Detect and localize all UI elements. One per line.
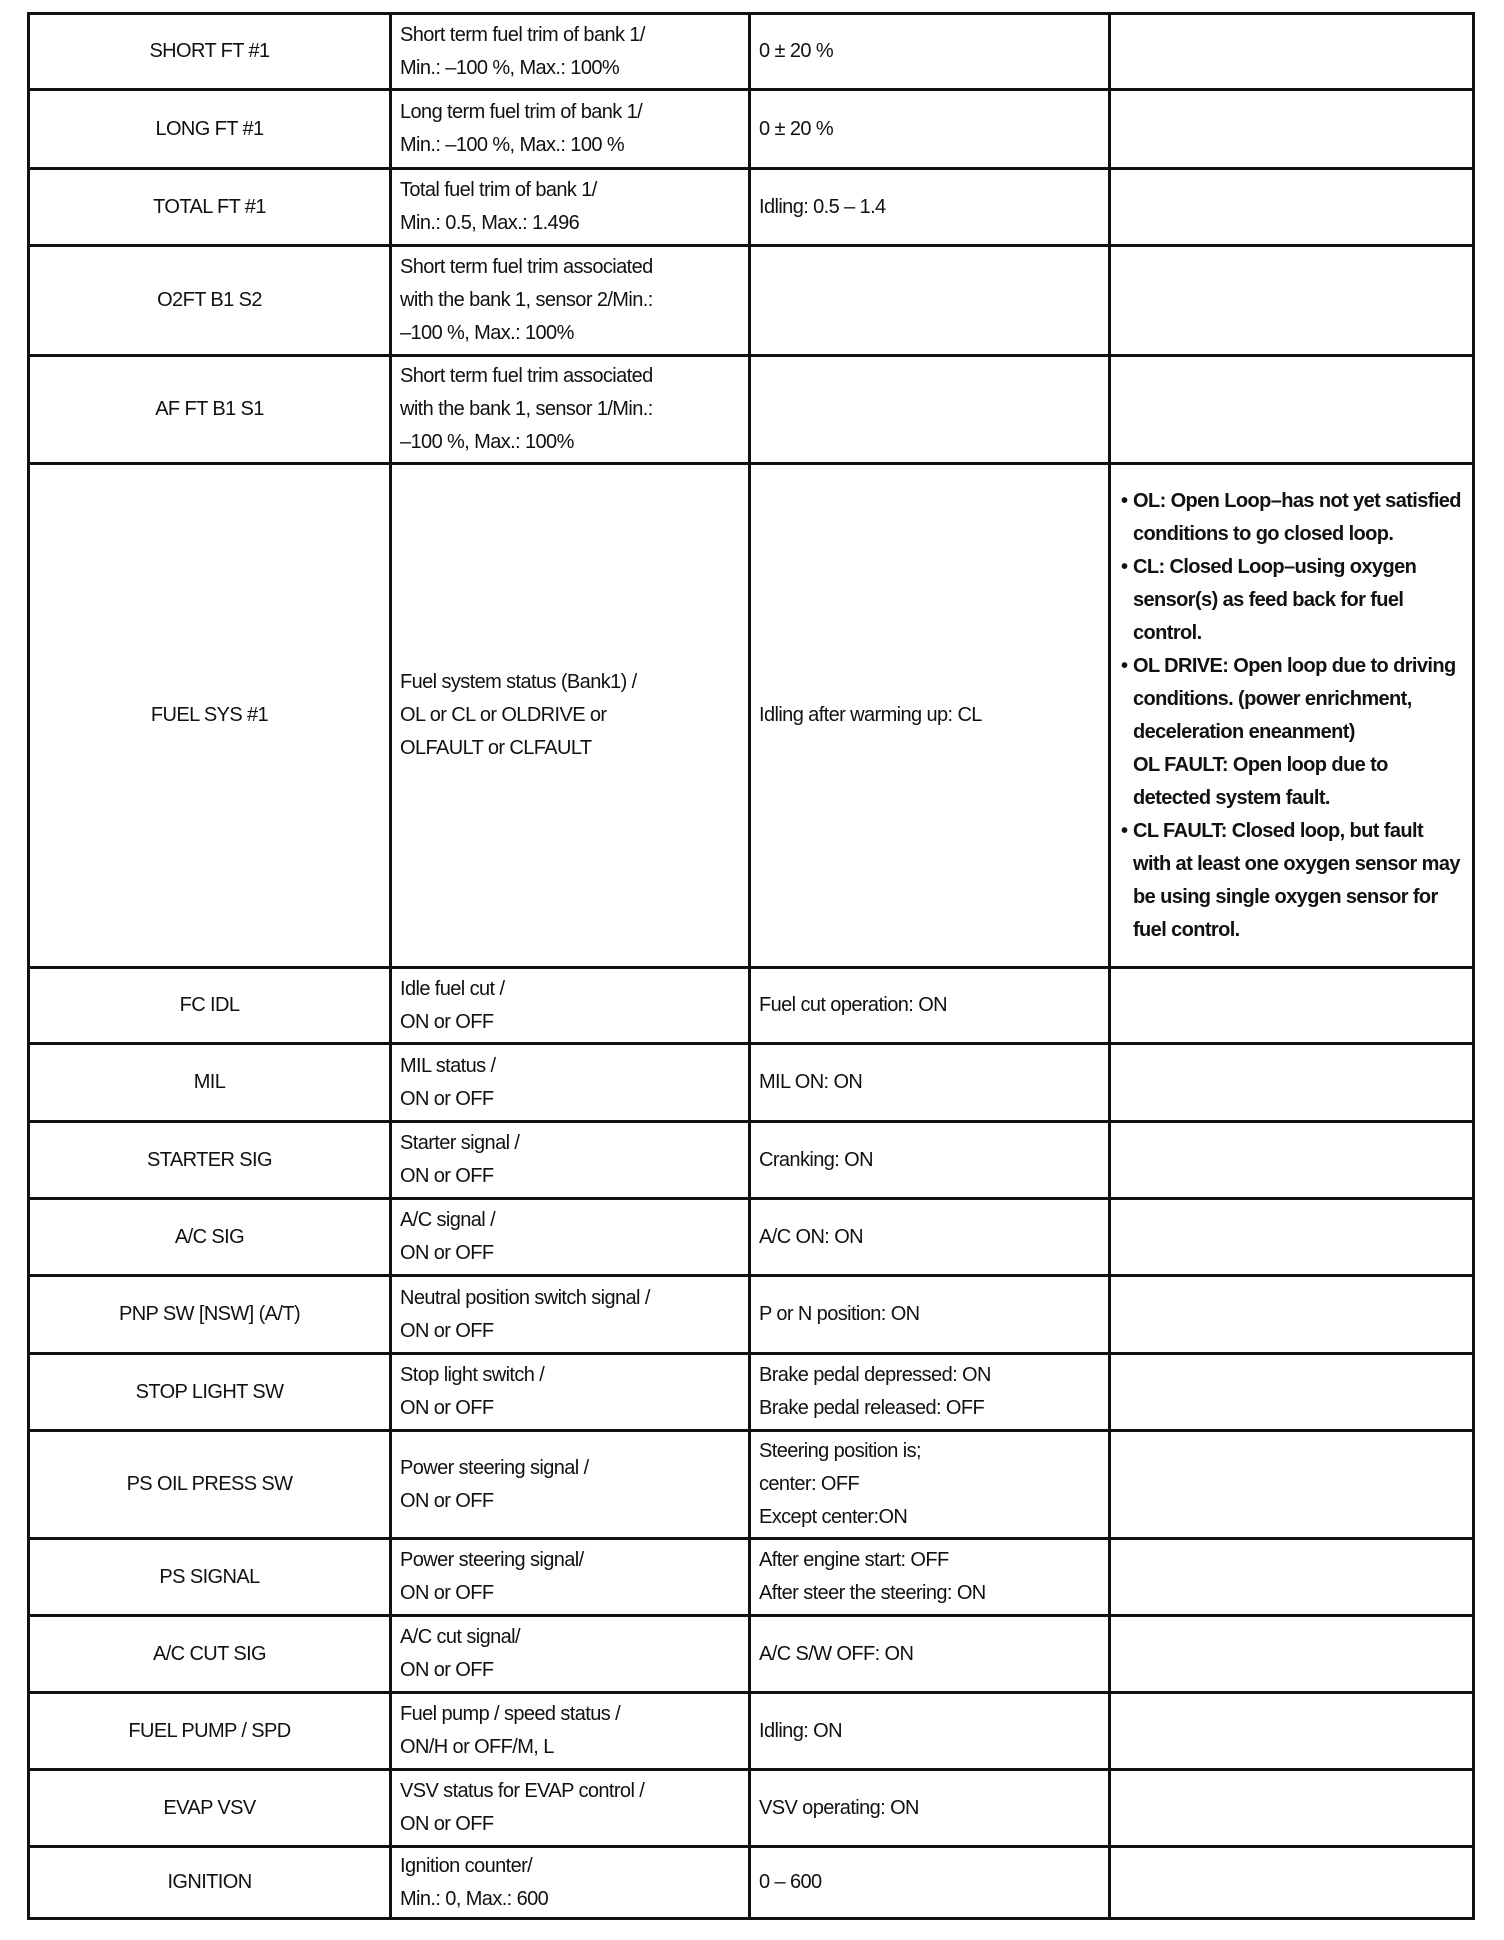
note-item: •CL: Closed Loop–using oxygen sensor(s) … <box>1119 551 1464 650</box>
item-cell: STARTER SIG <box>29 1122 391 1199</box>
measurement-cell-line: ON/H or OFF/M, L <box>400 1731 740 1764</box>
bullet-icon: • <box>1121 485 1133 518</box>
normal-condition-cell-line: MIL ON: ON <box>759 1066 1100 1099</box>
normal-condition-cell-line: 0 – 600 <box>759 1866 1100 1899</box>
diagnostic-note-cell <box>1110 1199 1474 1276</box>
measurement-cell-line: Short term fuel trim of bank 1/ <box>400 19 740 52</box>
diagnostic-note-cell <box>1110 1539 1474 1616</box>
normal-condition-cell-line: Brake pedal depressed: ON <box>759 1359 1100 1392</box>
bullet-icon: • <box>1121 551 1133 584</box>
note-item: OL FAULT: Open loop due to detected syst… <box>1119 749 1464 815</box>
normal-condition-cell-line: Except center:ON <box>759 1501 1100 1534</box>
table-body: SHORT FT #1Short term fuel trim of bank … <box>29 14 1474 1919</box>
diagnostic-note-cell <box>1110 90 1474 169</box>
diagnostic-data-table: SHORT FT #1Short term fuel trim of bank … <box>27 12 1475 1920</box>
item-cell: LONG FT #1 <box>29 90 391 169</box>
note-text: OL DRIVE: Open loop due to driving condi… <box>1133 655 1456 743</box>
measurement-cell-line: A/C signal / <box>400 1204 740 1237</box>
item-cell: PS SIGNAL <box>29 1539 391 1616</box>
measurement-cell: Stop light switch /ON or OFF <box>391 1354 750 1431</box>
normal-condition-cell-line: Fuel cut operation: ON <box>759 989 1100 1022</box>
measurement-cell-line: –100 %, Max.: 100% <box>400 426 740 459</box>
diagnostic-note-cell <box>1110 968 1474 1044</box>
measurement-cell-line: Min.: –100 %, Max.: 100% <box>400 52 740 85</box>
measurement-cell-line: Long term fuel trim of bank 1/ <box>400 96 740 129</box>
measurement-cell: A/C signal /ON or OFF <box>391 1199 750 1276</box>
table-row: PNP SW [NSW] (A/T)Neutral position switc… <box>29 1276 1474 1354</box>
measurement-cell-line: Power steering signal/ <box>400 1544 740 1577</box>
normal-condition-cell: MIL ON: ON <box>750 1044 1110 1122</box>
table-row: STARTER SIGStarter signal /ON or OFFCran… <box>29 1122 1474 1199</box>
normal-condition-cell-line: A/C S/W OFF: ON <box>759 1638 1100 1671</box>
measurement-cell-line: Min.: 0.5, Max.: 1.496 <box>400 207 740 240</box>
table-row: AF FT B1 S1Short term fuel trim associat… <box>29 356 1474 464</box>
measurement-cell: Long term fuel trim of bank 1/Min.: –100… <box>391 90 750 169</box>
measurement-cell-line: ON or OFF <box>400 1485 740 1518</box>
normal-condition-cell: VSV operating: ON <box>750 1770 1110 1847</box>
note-item: •CL FAULT: Closed loop, but fault with a… <box>1119 815 1464 947</box>
measurement-cell-line: with the bank 1, sensor 1/Min.: <box>400 393 740 426</box>
normal-condition-cell: Fuel cut operation: ON <box>750 968 1110 1044</box>
item-cell: O2FT B1 S2 <box>29 246 391 356</box>
normal-condition-cell: Idling: ON <box>750 1693 1110 1770</box>
measurement-cell-line: ON or OFF <box>400 1083 740 1116</box>
table-row: FUEL SYS #1Fuel system status (Bank1) /O… <box>29 464 1474 968</box>
normal-condition-cell <box>750 356 1110 464</box>
item-cell: PS OIL PRESS SW <box>29 1431 391 1539</box>
measurement-cell-line: ON or OFF <box>400 1160 740 1193</box>
measurement-cell: Starter signal /ON or OFF <box>391 1122 750 1199</box>
measurement-cell: Ignition counter/Min.: 0, Max.: 600 <box>391 1847 750 1919</box>
table-row: O2FT B1 S2Short term fuel trim associate… <box>29 246 1474 356</box>
measurement-cell-line: Fuel pump / speed status / <box>400 1698 740 1731</box>
measurement-cell-line: ON or OFF <box>400 1315 740 1348</box>
normal-condition-cell-line: Brake pedal released: OFF <box>759 1392 1100 1425</box>
item-cell: FUEL PUMP / SPD <box>29 1693 391 1770</box>
measurement-cell: Power steering signal /ON or OFF <box>391 1431 750 1539</box>
normal-condition-cell: Idling after warming up: CL <box>750 464 1110 968</box>
measurement-cell-line: ON or OFF <box>400 1237 740 1270</box>
measurement-cell-line: Short term fuel trim associated <box>400 251 740 284</box>
normal-condition-cell: P or N position: ON <box>750 1276 1110 1354</box>
measurement-cell-line: Ignition counter/ <box>400 1850 740 1883</box>
normal-condition-cell: A/C ON: ON <box>750 1199 1110 1276</box>
note-text: OL FAULT: Open loop due to detected syst… <box>1133 754 1388 809</box>
measurement-cell-line: OLFAULT or CLFAULT <box>400 732 740 765</box>
measurement-cell-line: Neutral position switch signal / <box>400 1282 740 1315</box>
normal-condition-cell: Brake pedal depressed: ONBrake pedal rel… <box>750 1354 1110 1431</box>
normal-condition-cell <box>750 246 1110 356</box>
normal-condition-cell: Cranking: ON <box>750 1122 1110 1199</box>
measurement-cell: Power steering signal/ON or OFF <box>391 1539 750 1616</box>
item-cell: STOP LIGHT SW <box>29 1354 391 1431</box>
measurement-cell: Short term fuel trim of bank 1/Min.: –10… <box>391 14 750 90</box>
measurement-cell: VSV status for EVAP control /ON or OFF <box>391 1770 750 1847</box>
item-cell: TOTAL FT #1 <box>29 169 391 246</box>
normal-condition-cell-line: After steer the steering: ON <box>759 1577 1100 1610</box>
item-cell: IGNITION <box>29 1847 391 1919</box>
measurement-cell-line: MIL status / <box>400 1050 740 1083</box>
measurement-cell-line: with the bank 1, sensor 2/Min.: <box>400 284 740 317</box>
normal-condition-cell-line: center: OFF <box>759 1468 1100 1501</box>
normal-condition-cell: Steering position is;center: OFFExcept c… <box>750 1431 1110 1539</box>
diagnostic-note-cell <box>1110 1616 1474 1693</box>
diagnostic-note-cell <box>1110 246 1474 356</box>
table-row: FC IDLIdle fuel cut /ON or OFFFuel cut o… <box>29 968 1474 1044</box>
note-text: CL FAULT: Closed loop, but fault with at… <box>1133 820 1460 941</box>
measurement-cell: Fuel system status (Bank1) /OL or CL or … <box>391 464 750 968</box>
table-row: A/C CUT SIGA/C cut signal/ON or OFFA/C S… <box>29 1616 1474 1693</box>
measurement-cell: MIL status /ON or OFF <box>391 1044 750 1122</box>
measurement-cell: Short term fuel trim associatedwith the … <box>391 246 750 356</box>
normal-condition-cell: 0 ± 20 % <box>750 90 1110 169</box>
measurement-cell: Fuel pump / speed status /ON/H or OFF/M,… <box>391 1693 750 1770</box>
item-cell: A/C SIG <box>29 1199 391 1276</box>
table-row: FUEL PUMP / SPDFuel pump / speed status … <box>29 1693 1474 1770</box>
diagnostic-note-cell: •OL: Open Loop–has not yet satisfied con… <box>1110 464 1474 968</box>
note-item: •OL: Open Loop–has not yet satisfied con… <box>1119 485 1464 551</box>
normal-condition-cell-line: A/C ON: ON <box>759 1221 1100 1254</box>
normal-condition-cell-line: Idling: ON <box>759 1715 1100 1748</box>
measurement-cell: Neutral position switch signal /ON or OF… <box>391 1276 750 1354</box>
measurement-cell: Total fuel trim of bank 1/Min.: 0.5, Max… <box>391 169 750 246</box>
diagnostic-note-cell <box>1110 1354 1474 1431</box>
note-item: •OL DRIVE: Open loop due to driving cond… <box>1119 650 1464 749</box>
normal-condition-cell: Idling: 0.5 – 1.4 <box>750 169 1110 246</box>
diagnostic-note-cell <box>1110 1431 1474 1539</box>
item-cell: FUEL SYS #1 <box>29 464 391 968</box>
table-row: SHORT FT #1Short term fuel trim of bank … <box>29 14 1474 90</box>
measurement-cell-line: ON or OFF <box>400 1006 740 1039</box>
diagnostic-note-cell <box>1110 356 1474 464</box>
item-cell: EVAP VSV <box>29 1770 391 1847</box>
table-row: LONG FT #1Long term fuel trim of bank 1/… <box>29 90 1474 169</box>
table-row: PS OIL PRESS SWPower steering signal /ON… <box>29 1431 1474 1539</box>
normal-condition-cell: After engine start: OFFAfter steer the s… <box>750 1539 1110 1616</box>
normal-condition-cell-line: 0 ± 20 % <box>759 113 1100 146</box>
measurement-cell-line: OL or CL or OLDRIVE or <box>400 699 740 732</box>
normal-condition-cell-line: P or N position: ON <box>759 1298 1100 1331</box>
measurement-cell-line: A/C cut signal/ <box>400 1621 740 1654</box>
diagnostic-note-cell <box>1110 1122 1474 1199</box>
normal-condition-cell: 0 – 600 <box>750 1847 1110 1919</box>
measurement-cell-line: ON or OFF <box>400 1577 740 1610</box>
measurement-cell-line: ON or OFF <box>400 1392 740 1425</box>
table-row: A/C SIGA/C signal /ON or OFFA/C ON: ON <box>29 1199 1474 1276</box>
normal-condition-cell-line: Idling: 0.5 – 1.4 <box>759 191 1100 224</box>
note-text: CL: Closed Loop–using oxygen sensor(s) a… <box>1133 556 1416 644</box>
measurement-cell-line: Power steering signal / <box>400 1452 740 1485</box>
normal-condition-cell-line: After engine start: OFF <box>759 1544 1100 1577</box>
item-cell: PNP SW [NSW] (A/T) <box>29 1276 391 1354</box>
table-row: PS SIGNALPower steering signal/ON or OFF… <box>29 1539 1474 1616</box>
table-row: TOTAL FT #1Total fuel trim of bank 1/Min… <box>29 169 1474 246</box>
item-cell: FC IDL <box>29 968 391 1044</box>
normal-condition-cell-line: Steering position is; <box>759 1435 1100 1468</box>
normal-condition-cell-line: VSV operating: ON <box>759 1792 1100 1825</box>
note-text: OL: Open Loop–has not yet satisfied cond… <box>1133 490 1461 545</box>
measurement-cell: Idle fuel cut /ON or OFF <box>391 968 750 1044</box>
item-cell: AF FT B1 S1 <box>29 356 391 464</box>
diagnostic-note-cell <box>1110 1276 1474 1354</box>
measurement-cell-line: Short term fuel trim associated <box>400 360 740 393</box>
diagnostic-note-cell <box>1110 1847 1474 1919</box>
measurement-cell-line: ON or OFF <box>400 1808 740 1841</box>
normal-condition-cell: A/C S/W OFF: ON <box>750 1616 1110 1693</box>
measurement-cell-line: VSV status for EVAP control / <box>400 1775 740 1808</box>
bullet-icon: • <box>1121 650 1133 683</box>
bullet-icon: • <box>1121 815 1133 848</box>
measurement-cell-line: Min.: –100 %, Max.: 100 % <box>400 129 740 162</box>
normal-condition-cell-line: Idling after warming up: CL <box>759 699 1100 732</box>
diagnostic-note-cell <box>1110 1044 1474 1122</box>
measurement-cell-line: Starter signal / <box>400 1127 740 1160</box>
item-cell: SHORT FT #1 <box>29 14 391 90</box>
normal-condition-cell: 0 ± 20 % <box>750 14 1110 90</box>
diagnostic-note-cell <box>1110 1693 1474 1770</box>
table-row: IGNITIONIgnition counter/Min.: 0, Max.: … <box>29 1847 1474 1919</box>
diagnostic-note-cell <box>1110 1770 1474 1847</box>
normal-condition-cell-line: 0 ± 20 % <box>759 35 1100 68</box>
table-row: EVAP VSVVSV status for EVAP control /ON … <box>29 1770 1474 1847</box>
measurement-cell-line: ON or OFF <box>400 1654 740 1687</box>
item-cell: MIL <box>29 1044 391 1122</box>
measurement-cell-line: –100 %, Max.: 100% <box>400 317 740 350</box>
measurement-cell: Short term fuel trim associatedwith the … <box>391 356 750 464</box>
table-row: MILMIL status /ON or OFFMIL ON: ON <box>29 1044 1474 1122</box>
measurement-cell-line: Stop light switch / <box>400 1359 740 1392</box>
item-cell: A/C CUT SIG <box>29 1616 391 1693</box>
measurement-cell-line: Idle fuel cut / <box>400 973 740 1006</box>
measurement-cell-line: Fuel system status (Bank1) / <box>400 666 740 699</box>
measurement-cell: A/C cut signal/ON or OFF <box>391 1616 750 1693</box>
diagnostic-note-cell <box>1110 14 1474 90</box>
measurement-cell-line: Min.: 0, Max.: 600 <box>400 1883 740 1916</box>
normal-condition-cell-line: Cranking: ON <box>759 1144 1100 1177</box>
diagnostic-note-cell <box>1110 169 1474 246</box>
measurement-cell-line: Total fuel trim of bank 1/ <box>400 174 740 207</box>
table-row: STOP LIGHT SWStop light switch /ON or OF… <box>29 1354 1474 1431</box>
